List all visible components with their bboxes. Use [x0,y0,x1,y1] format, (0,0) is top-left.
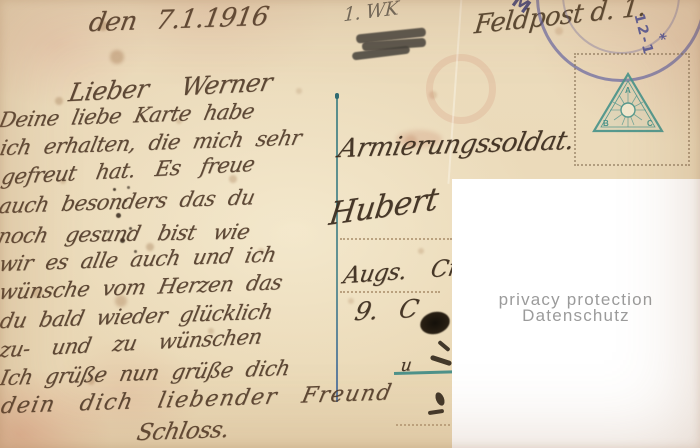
address-dotted-line [340,238,452,240]
date-line: den 7.1.1916 [87,2,271,38]
ink-spatter-dots [0,0,3,3]
address-line-name: Hubert [327,181,441,233]
ink-stroke [437,340,450,352]
privacy-text: privacy protection Datenschutz [452,291,700,324]
pencil-note: 1. WK [343,0,399,26]
address-line-unit: Augs. Cr [341,255,461,289]
address-dotted-line [340,291,440,293]
signature-line: Schloss. [134,417,231,446]
address-line-number: 9. C [352,294,421,327]
message-line: wünsche vom Herzen das [0,270,284,304]
message-line: ich erhalten, die mich sehr [0,126,304,161]
privacy-overlay: privacy protection Datenschutz [452,179,700,448]
ink-stroke [430,355,452,367]
address-line-rank: Armierungssoldat. [336,126,577,164]
message-line: auch besonders das du [0,185,257,218]
privacy-text-line2: Datenschutz [452,307,700,324]
logo-letter-left: B [603,119,609,128]
logo-letter-top: A [625,86,631,95]
pencil-scribble [352,27,438,65]
postcard-back: den 7.1.1916 1. WK Feldpost d. 1. M 12-1… [0,0,700,448]
sun-circle [621,103,635,117]
ink-blot [418,308,453,337]
message-line: Deine liebe Karte habe [0,99,257,132]
address-dotted-line [396,424,454,426]
ink-stroke [434,391,447,407]
ink-stroke [428,409,444,415]
logo-letter-right: C [647,119,653,128]
center-divider-cap [335,93,339,99]
stamp-triangle-logo: A B C [590,70,666,136]
center-divider-line [336,94,338,402]
